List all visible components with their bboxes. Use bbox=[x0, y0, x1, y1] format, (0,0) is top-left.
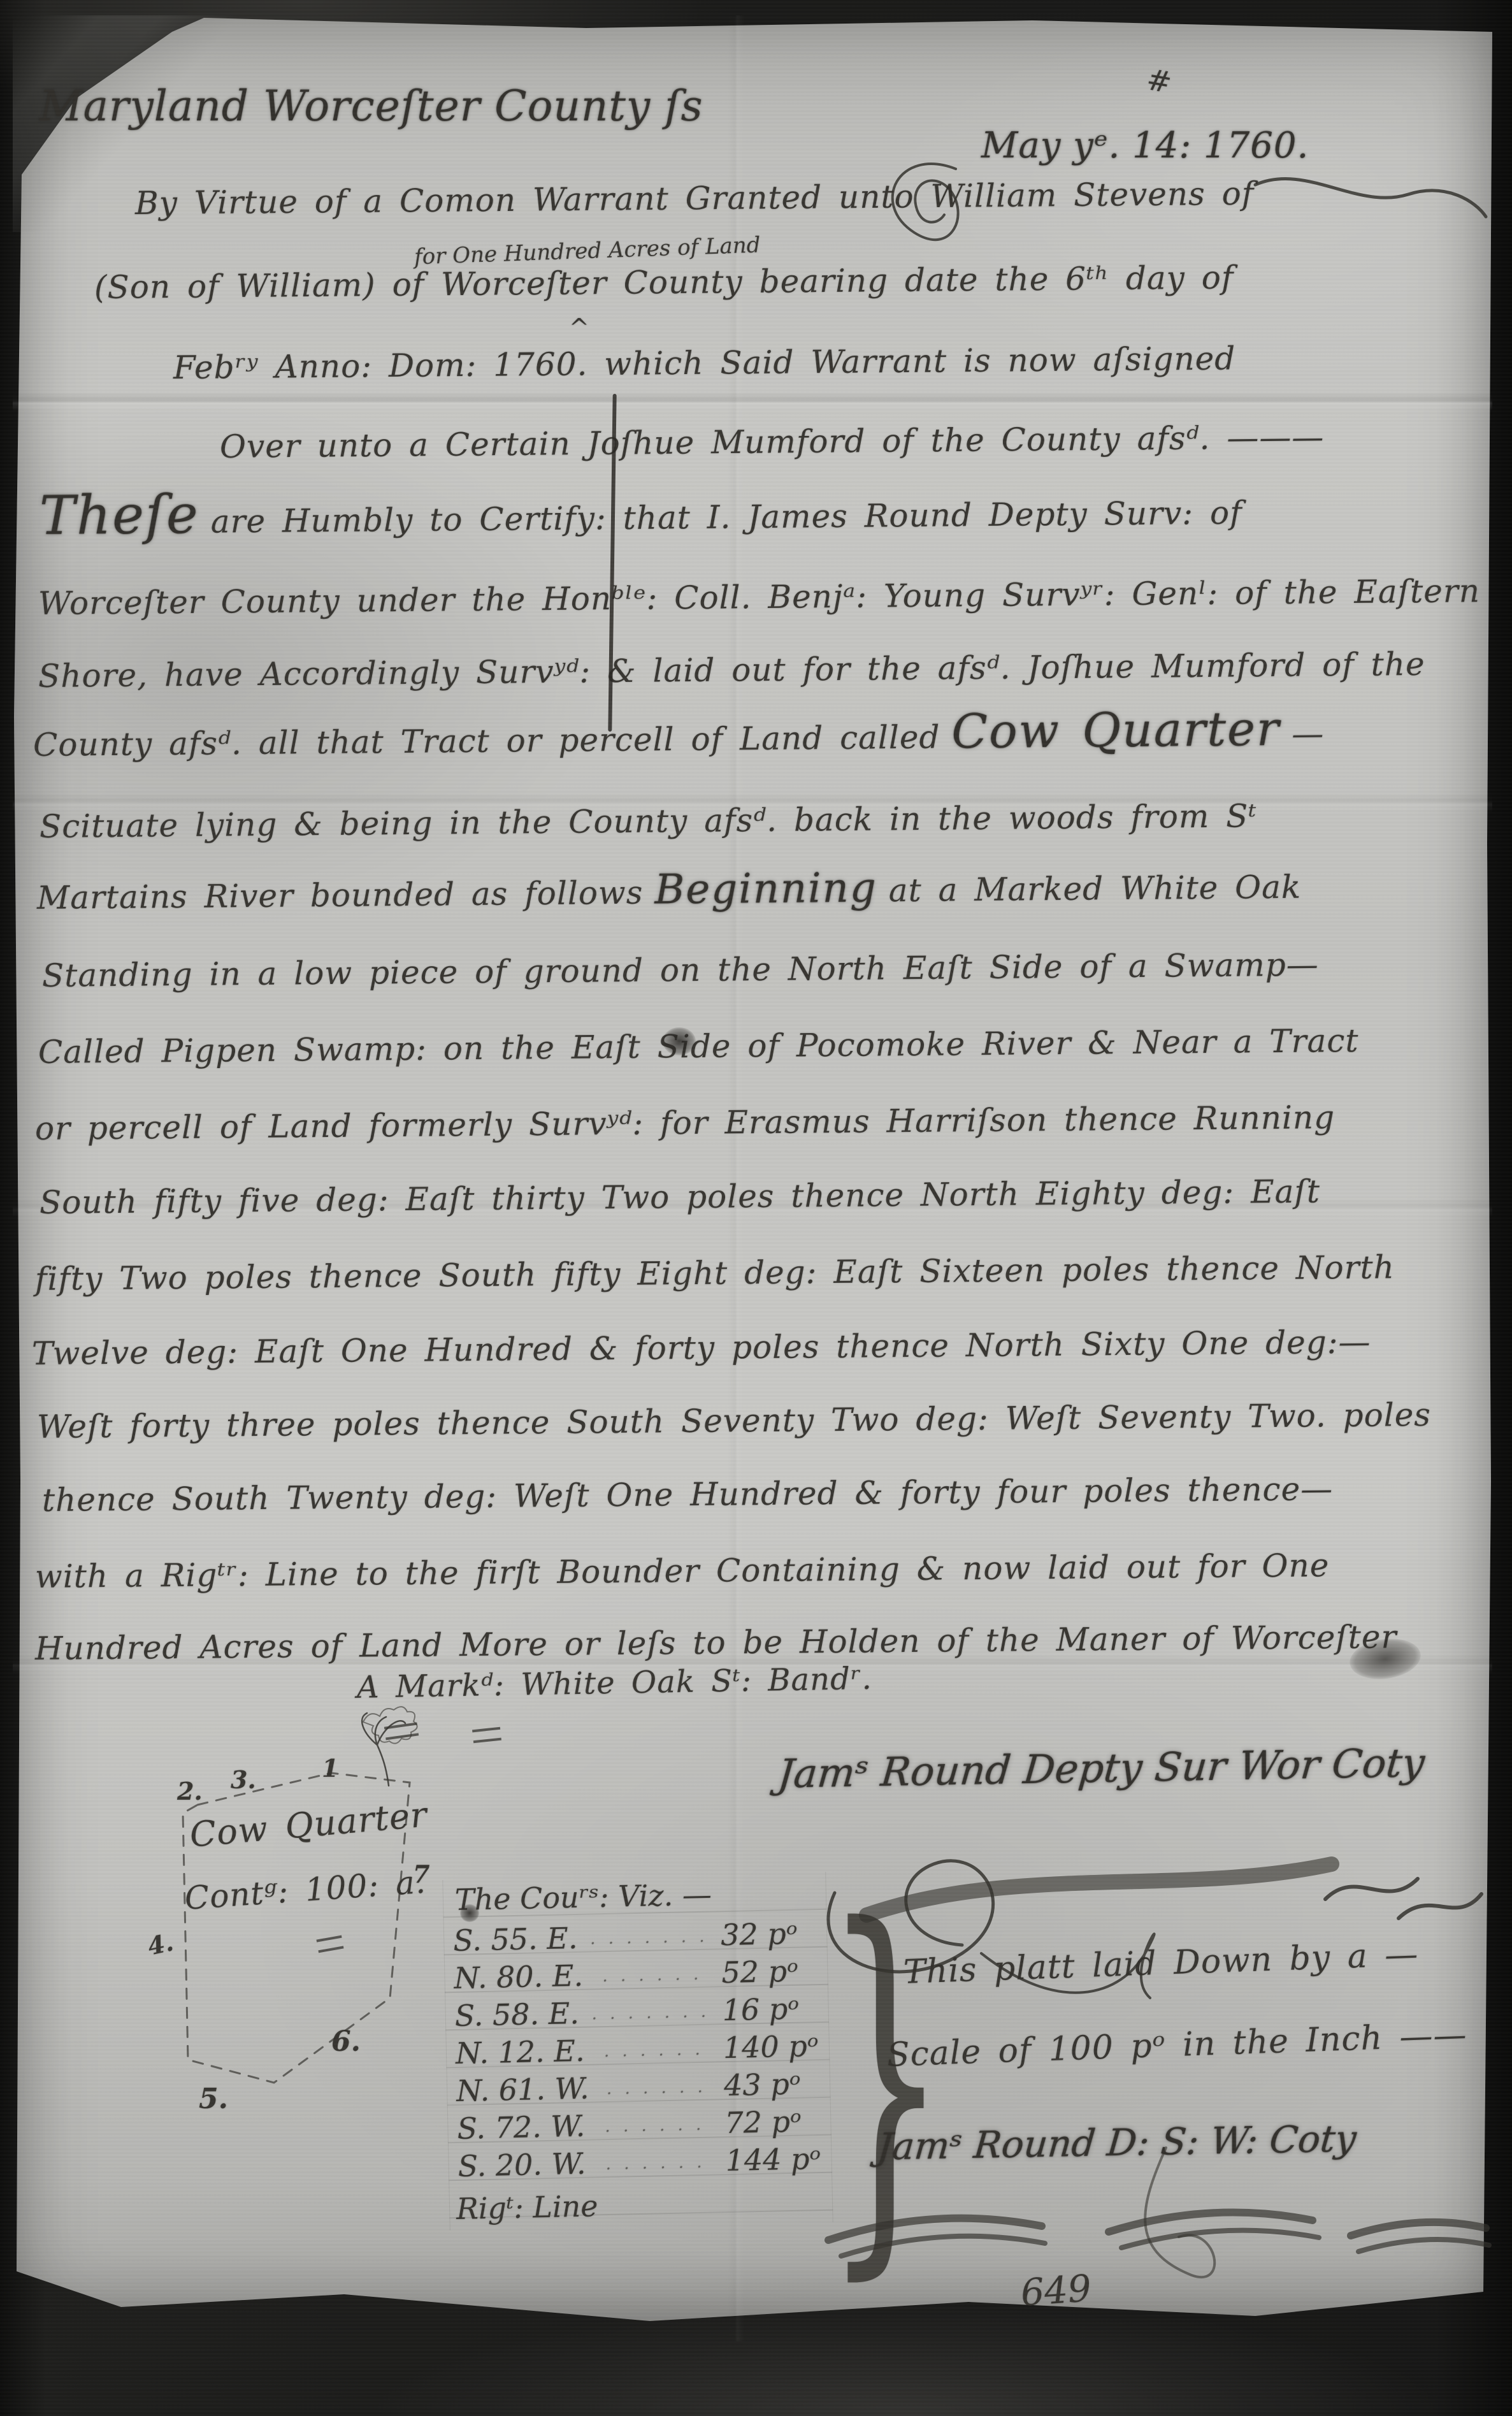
plat-vertex-3: 3. bbox=[231, 1765, 256, 1794]
course-table-footer: Rigᵗ: Line bbox=[449, 2179, 832, 2231]
course-bearing: N. 61. W. bbox=[456, 2071, 589, 2108]
plat-vertex-2: 2. bbox=[177, 1777, 203, 1805]
course-distance: 72 pᵒ bbox=[724, 2104, 827, 2140]
dot-leader: . . . . . . bbox=[583, 1964, 722, 1986]
course-bearing: S. 20. W. bbox=[457, 2146, 586, 2183]
line-text: at a Marked White Oak bbox=[889, 869, 1302, 909]
line-text: are Humbly to Certify: that I. James Rou… bbox=[210, 495, 1242, 540]
dot-leader: . . . . . . bbox=[585, 2115, 725, 2137]
tract-name-cow-quarter: Cow Quarter bbox=[951, 702, 1280, 759]
course-bearing: S. 58. E. bbox=[454, 1996, 579, 2033]
course-bearing: S. 72. W. bbox=[457, 2109, 586, 2146]
opening-word-these: Theſe bbox=[40, 483, 199, 547]
course-distance: 52 pᵒ bbox=[721, 1953, 824, 1990]
course-distance: 144 pᵒ bbox=[725, 2141, 828, 2178]
plat-vertex-1: 1 bbox=[322, 1754, 338, 1783]
course-bearing: N. 12. E. bbox=[455, 2034, 585, 2071]
page-number: 649 bbox=[1019, 2266, 1093, 2315]
word-beginning: Beginning bbox=[654, 864, 877, 913]
line-text: Martains River bounded as follows bbox=[37, 874, 644, 916]
line-text: County afsᵈ. all that Tract or percell o… bbox=[33, 719, 940, 763]
manuscript-line: Theſe are Humbly to Certify: that I. Jam… bbox=[40, 474, 1242, 547]
date-flourish-swash bbox=[1249, 159, 1491, 236]
line-dash: — bbox=[1292, 715, 1325, 752]
plat-vertex-5: 5. bbox=[199, 2083, 228, 2115]
course-table: The Couʳˢ: Viz. — S. 55. E. . . . . . . … bbox=[442, 1872, 833, 2230]
dot-leader: . . . . . . . bbox=[579, 2002, 723, 2024]
manuscript-line: County afsᵈ. all that Tract or percell o… bbox=[33, 701, 1325, 767]
course-table-header: The Couʳˢ: Viz. — bbox=[443, 1872, 826, 1924]
plat-vertex-4: 4. bbox=[145, 1927, 176, 1960]
course-distance: 43 pᵒ bbox=[724, 2066, 826, 2102]
dot-leader: . . . . . . bbox=[584, 2039, 723, 2062]
plat-vertex-6: 6. bbox=[331, 2025, 361, 2058]
dot-leader: . . . . . . bbox=[589, 2077, 724, 2099]
dot-leader: . . . . . . . bbox=[577, 1927, 721, 1949]
surveyor-signature-bottom: Jamˢ Round D: S: W: Coty bbox=[875, 2116, 1358, 2168]
insertion-caret: ^ bbox=[569, 314, 589, 342]
course-bearing: N. 80. E. bbox=[454, 1958, 584, 1995]
course-distance: 140 pᵒ bbox=[723, 2029, 825, 2065]
dot-leader: . . . . . . bbox=[586, 2152, 726, 2174]
signature-underline-flourishes bbox=[809, 2186, 1497, 2288]
course-distance: 16 pᵒ bbox=[722, 1991, 824, 2027]
course-bearing: S. 55. E. bbox=[453, 1921, 578, 1958]
header-place-line: Maryland Worceſter County ſs bbox=[40, 82, 703, 131]
course-distance: 32 pᵒ bbox=[721, 1916, 823, 1952]
